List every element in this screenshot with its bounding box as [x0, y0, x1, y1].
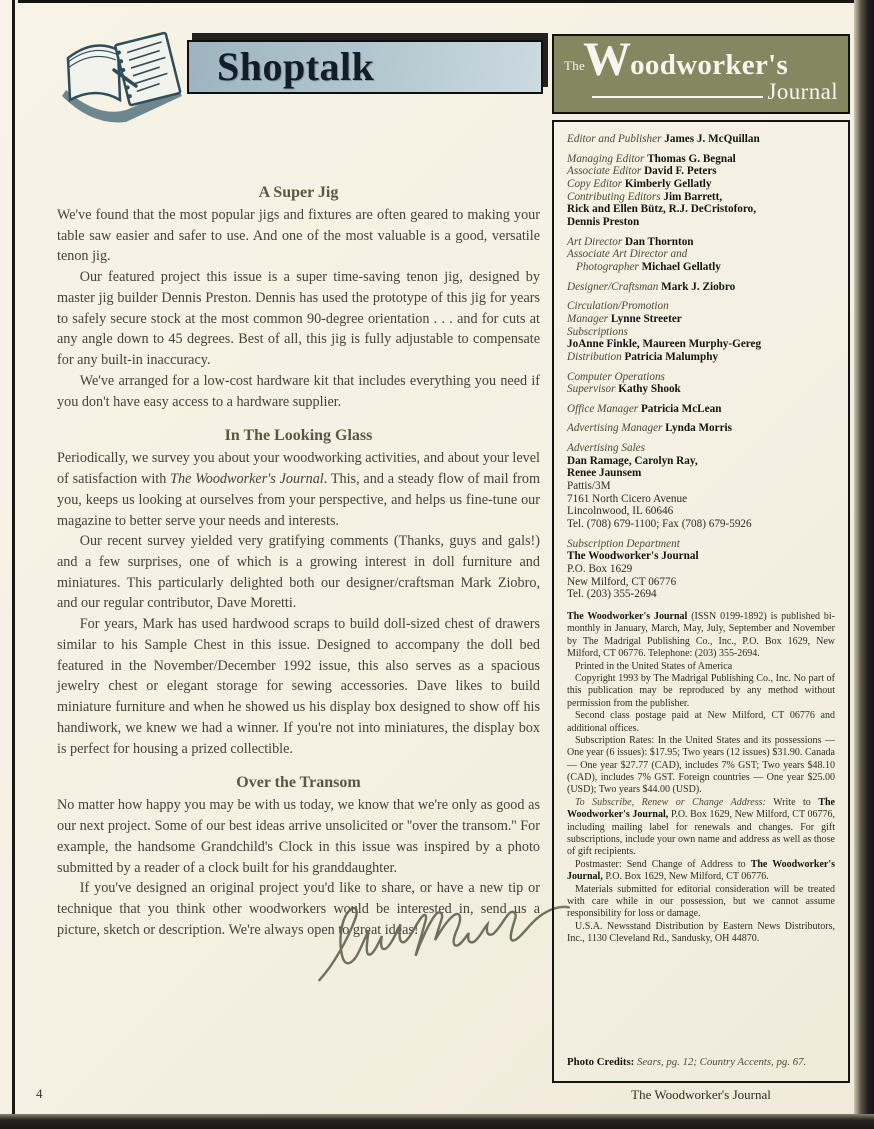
text-segment: Subscription Rates: In the United States… — [567, 735, 835, 796]
text-segment: P.O. Box 1629, New Milford, CT 06776. — [603, 871, 769, 882]
text-segment: Kimberly Gellatly — [625, 178, 712, 190]
scan-edge-right — [854, 0, 874, 1129]
staff-group: Subscription DepartmentThe Woodworker's … — [567, 538, 835, 601]
text-segment: Contributing Editors — [567, 191, 663, 203]
text-segment: Patricia Malumphy — [625, 351, 719, 363]
staff-line: Rick and Ellen Bütz, R.J. DeCristoforo, — [567, 203, 835, 216]
fineprint-paragraph: To Subscribe, Renew or Change Address: W… — [567, 797, 835, 859]
staff-line: Pattis/3M — [567, 480, 835, 493]
fineprint-paragraph: U.S.A. Newsstand Distribution by Eastern… — [567, 921, 835, 946]
text-segment: Photographer — [576, 261, 642, 273]
staff-line: The Woodworker's Journal — [567, 550, 835, 563]
staff-line: 7161 North Cicero Avenue — [567, 493, 835, 506]
text-segment: Photo Credits: — [567, 1056, 637, 1068]
logo-rule — [592, 96, 763, 98]
text-segment: Tel. (203) 355-2694 — [567, 588, 657, 600]
article-paragraph: We've arranged for a low-cost hardware k… — [57, 371, 540, 412]
scan-edge-bottom — [0, 1114, 874, 1129]
fineprint-paragraph: Second class postage paid at New Milford… — [567, 710, 835, 735]
logo-line-1: TheWoodworker's — [562, 43, 838, 78]
text-segment: Associate Editor — [567, 165, 644, 177]
staff-line: P.O. Box 1629 — [567, 563, 835, 576]
article-paragraph: Our recent survey yielded very gratifyin… — [57, 531, 540, 614]
staff-line: Associate Art Director and — [567, 248, 835, 261]
text-segment: Rick and Ellen Bütz, R.J. DeCristoforo, — [567, 203, 756, 215]
text-segment: Dennis Preston — [567, 216, 639, 228]
text-segment: Manager — [567, 313, 611, 325]
text-segment: Tel. (708) 679-1100; Fax (708) 679-5926 — [567, 518, 752, 530]
text-segment: P.O. Box 1629 — [567, 563, 632, 575]
section-title-banner: Shoptalk — [187, 40, 543, 94]
text-segment: Associate Art Director and — [567, 248, 687, 260]
staff-group: Circulation/PromotionManager Lynne Stree… — [567, 300, 835, 363]
staff-group: Office Manager Patricia McLean — [567, 403, 835, 416]
fineprint-paragraph: Copyright 1993 by The Madrigal Publishin… — [567, 673, 835, 710]
text-segment: U.S.A. Newsstand Distribution by Eastern… — [567, 921, 835, 944]
logo-the: The — [564, 61, 585, 71]
fineprint-paragraph: Materials submitted for editorial consid… — [567, 884, 835, 921]
staff-line: Lincolnwood, IL 60646 — [567, 505, 835, 518]
journal-logo: TheWoodworker's Journal — [552, 34, 850, 114]
text-segment: No matter how happy you may be with us t… — [57, 797, 540, 875]
text-segment: James J. McQuillan — [664, 133, 759, 145]
staff-line: Manager Lynne Streeter — [567, 313, 835, 326]
page-number: 4 — [36, 1086, 43, 1102]
text-segment: Managing Editor — [567, 153, 647, 165]
article-column: A Super JigWe've found that the most pop… — [57, 158, 540, 941]
text-segment: Michael Gellatly — [642, 261, 721, 273]
text-segment: Supervisor — [567, 383, 618, 395]
text-segment: Computer Operations — [567, 371, 665, 383]
staff-line: Supervisor Kathy Shook — [567, 383, 835, 396]
text-segment: Subscriptions — [567, 326, 628, 338]
article-paragraph: We've found that the most popular jigs a… — [57, 205, 540, 267]
staff-line: Designer/Craftsman Mark J. Ziobro — [567, 281, 835, 294]
staff-line: Associate Editor David F. Peters — [567, 165, 835, 178]
text-segment: Pattis/3M — [567, 480, 611, 492]
staff-line: Copy Editor Kimberly Gellatly — [567, 178, 835, 191]
staff-line: Distribution Patricia Malumphy — [567, 351, 835, 364]
text-segment: Postmaster: Send Change of Address to — [575, 859, 751, 870]
scan-edge-top — [18, 0, 874, 3]
text-segment: Copy Editor — [567, 178, 625, 190]
staff-line: Advertising Manager Lynda Morris — [567, 422, 835, 435]
section-heading: A Super Jig — [57, 184, 540, 202]
text-segment: Lincolnwood, IL 60646 — [567, 505, 673, 517]
text-segment: Patricia McLean — [641, 403, 721, 415]
staff-line: Managing Editor Thomas G. Begnal — [567, 153, 835, 166]
footer-journal-name: The Woodworker's Journal — [552, 1087, 850, 1103]
text-segment: The Woodworker's Journal — [567, 611, 687, 622]
staff-group: Art Director Dan ThorntonAssociate Art D… — [567, 236, 835, 274]
text-segment: Sears, pg. 12; Country Accents, pg. 67. — [637, 1056, 806, 1068]
text-segment: Our featured project this issue is a sup… — [57, 269, 540, 368]
staff-line: Subscriptions — [567, 326, 835, 339]
staff-group: Designer/Craftsman Mark J. Ziobro — [567, 281, 835, 294]
text-segment: Lynne Streeter — [611, 313, 682, 325]
magazine-page: Shoptalk A Super JigWe've found that the… — [0, 0, 874, 1129]
staff-line: Tel. (708) 679-1100; Fax (708) 679-5926 — [567, 518, 835, 531]
section-heading: In The Looking Glass — [57, 427, 540, 445]
text-segment: Subscription Department — [567, 538, 680, 550]
text-segment: We've arranged for a low-cost hardware k… — [57, 373, 540, 410]
masthead-staff: Editor and Publisher James J. McQuillanM… — [567, 133, 835, 608]
photo-credits: Photo Credits: Sears, pg. 12; Country Ac… — [567, 1055, 835, 1069]
fineprint-paragraph: The Woodworker's Journal (ISSN 0199-1892… — [567, 611, 835, 661]
text-segment: Jim Barrett, — [663, 191, 722, 203]
fineprint-paragraph: Subscription Rates: In the United States… — [567, 735, 835, 797]
staff-line: Photographer Michael Gellatly — [567, 261, 835, 274]
staff-line: Renee Jaunsem — [567, 467, 835, 480]
staff-line: Office Manager Patricia McLean — [567, 403, 835, 416]
text-segment: JoAnne Finkle, Maureen Murphy-Gereg — [567, 338, 761, 350]
text-segment: Office Manager — [567, 403, 641, 415]
staff-group: Editor and Publisher James J. McQuillan — [567, 133, 835, 146]
text-segment: The Woodworker's Journal — [170, 471, 324, 487]
text-segment: Designer/Craftsman — [567, 281, 661, 293]
text-segment: Advertising Sales — [567, 442, 645, 454]
text-segment: Art Director — [567, 236, 625, 248]
masthead-fineprint: The Woodworker's Journal (ISSN 0199-1892… — [567, 611, 835, 946]
text-segment: Mark J. Ziobro — [661, 281, 735, 293]
staff-line: Computer Operations — [567, 371, 835, 384]
logo-initial: W — [583, 43, 631, 78]
text-segment: Advertising Manager — [567, 422, 665, 434]
text-segment: Circulation/Promotion — [567, 300, 669, 312]
open-notebook-icon — [56, 26, 190, 134]
staff-line: Advertising Sales — [567, 442, 835, 455]
page-title: Shoptalk — [189, 47, 374, 87]
staff-line: Dennis Preston — [567, 216, 835, 229]
logo-journal: Journal — [767, 79, 838, 105]
masthead-box: Editor and Publisher James J. McQuillanM… — [552, 120, 850, 1083]
text-segment: Distribution — [567, 351, 625, 363]
article-paragraph: Our featured project this issue is a sup… — [57, 267, 540, 371]
article-paragraph: No matter how happy you may be with us t… — [57, 795, 540, 878]
text-segment: David F. Peters — [644, 165, 717, 177]
fineprint-paragraph: Printed in the United States of America — [567, 661, 835, 673]
text-segment: Dan Ramage, Carolyn Ray, — [567, 455, 698, 467]
article-paragraph: Periodically, we survey you about your w… — [57, 448, 540, 531]
staff-group: Computer OperationsSupervisor Kathy Shoo… — [567, 371, 835, 396]
text-segment: Thomas G. Begnal — [647, 153, 736, 165]
text-segment: Copyright 1993 by The Madrigal Publishin… — [567, 673, 835, 709]
staff-line: JoAnne Finkle, Maureen Murphy-Gereg — [567, 338, 835, 351]
staff-line: Circulation/Promotion — [567, 300, 835, 313]
staff-group: Advertising SalesDan Ramage, Carolyn Ray… — [567, 442, 835, 531]
text-segment: We've found that the most popular jigs a… — [57, 207, 540, 264]
masthead-column: TheWoodworker's Journal Editor and Publi… — [552, 34, 850, 1083]
logo-word: oodworker's — [630, 54, 788, 77]
staff-line: Art Director Dan Thornton — [567, 236, 835, 249]
article-sections: A Super JigWe've found that the most pop… — [57, 184, 540, 941]
text-segment: The Woodworker's Journal — [567, 550, 699, 562]
text-segment: Lynda Morris — [665, 422, 732, 434]
staff-line: Subscription Department — [567, 538, 835, 551]
text-segment: New Milford, CT 06776 — [567, 576, 676, 588]
text-segment: 7161 North Cicero Avenue — [567, 493, 687, 505]
text-segment: Renee Jaunsem — [567, 467, 641, 479]
fineprint-paragraph: Postmaster: Send Change of Address to Th… — [567, 859, 835, 884]
staff-group: Managing Editor Thomas G. BegnalAssociat… — [567, 153, 835, 229]
text-segment: To Subscribe, Renew or Change Address: — [575, 797, 766, 808]
text-segment: Editor and Publisher — [567, 133, 664, 145]
text-segment: Kathy Shook — [618, 383, 681, 395]
text-segment: Printed in the United States of America — [575, 661, 732, 672]
staff-line: Tel. (203) 355-2694 — [567, 588, 835, 601]
text-segment: Write to — [766, 797, 819, 808]
staff-line: Editor and Publisher James J. McQuillan — [567, 133, 835, 146]
article-paragraph: For years, Mark has used hardwood scraps… — [57, 614, 540, 759]
scan-edge-left — [12, 0, 15, 1129]
staff-group: Advertising Manager Lynda Morris — [567, 422, 835, 435]
staff-line: New Milford, CT 06776 — [567, 576, 835, 589]
editor-signature — [296, 887, 579, 992]
section-heading: Over the Transom — [57, 774, 540, 792]
staff-line: Contributing Editors Jim Barrett, — [567, 191, 835, 204]
text-segment: For years, Mark has used hardwood scraps… — [57, 616, 540, 756]
staff-line: Dan Ramage, Carolyn Ray, — [567, 455, 835, 468]
text-segment: Our recent survey yielded very gratifyin… — [57, 533, 540, 611]
text-segment: Dan Thornton — [625, 236, 694, 248]
text-segment: Second class postage paid at New Milford… — [567, 710, 835, 733]
text-segment: Materials submitted for editorial consid… — [567, 884, 835, 920]
